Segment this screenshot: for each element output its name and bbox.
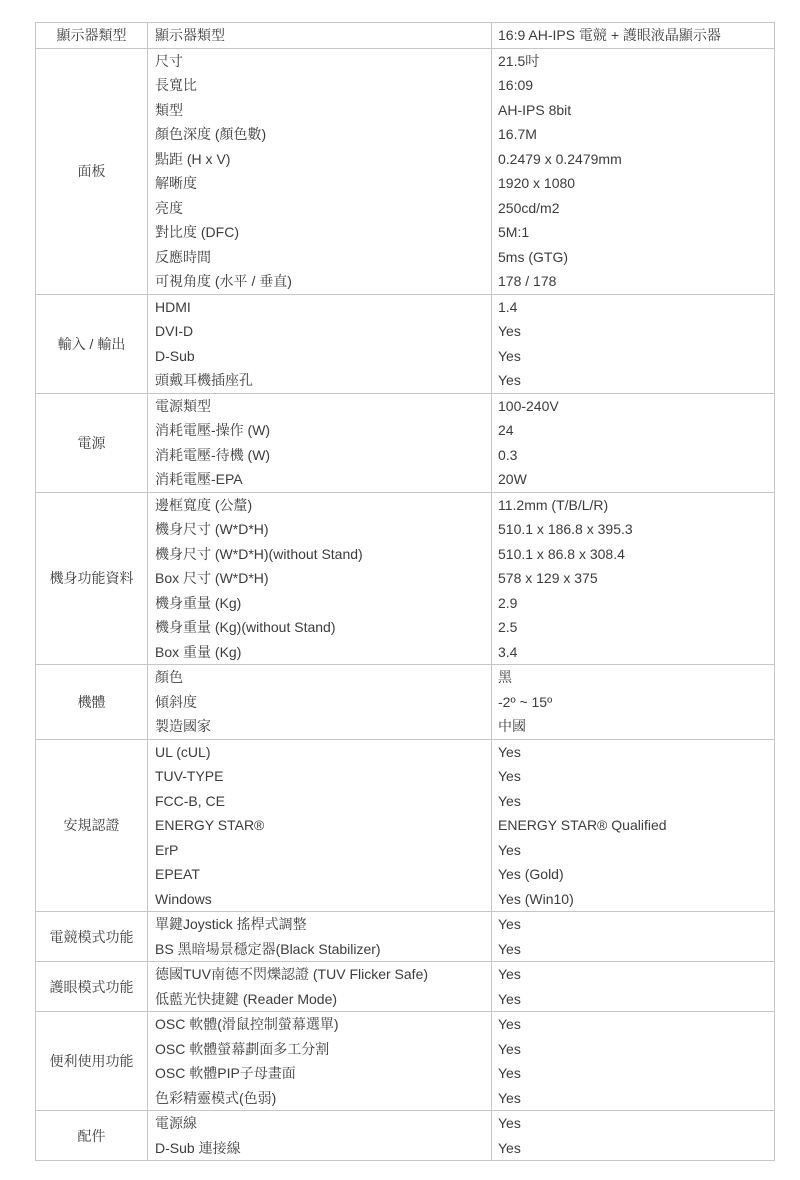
table-row: UL (cUL)Yes — [148, 740, 774, 765]
spec-section: 護眼模式功能德國TUV南德不閃爍認證 (TUV Flicker Safe)Yes… — [36, 962, 774, 1012]
spec-name: Box 重量 (Kg) — [148, 640, 492, 665]
section-rows: 尺寸21.5吋長寬比16:09類型AH-IPS 8bit顏色深度 (顏色數)16… — [148, 49, 774, 294]
spec-name: Box 尺寸 (W*D*H) — [148, 566, 492, 591]
spec-value: 510.1 x 186.8 x 395.3 — [492, 517, 774, 542]
spec-section: 配件電源線YesD-Sub 連接線Yes — [36, 1111, 774, 1160]
spec-name: 顏色深度 (顏色數) — [148, 122, 492, 147]
table-row: 顯示器類型16:9 AH-IPS 電競 + 護眼液晶顯示器 — [148, 23, 774, 48]
spec-value: Yes — [492, 368, 774, 393]
table-row: 對比度 (DFC)5M:1 — [148, 220, 774, 245]
table-row: 機身重量 (Kg)2.9 — [148, 591, 774, 616]
table-row: 機身重量 (Kg)(without Stand)2.5 — [148, 615, 774, 640]
category-cell: 機身功能資料 — [36, 493, 148, 665]
table-row: 機身尺寸 (W*D*H)(without Stand)510.1 x 86.8 … — [148, 542, 774, 567]
page: 顯示器類型顯示器類型16:9 AH-IPS 電競 + 護眼液晶顯示器面板尺寸21… — [0, 0, 800, 1180]
spec-name: OSC 軟體PIP子母畫面 — [148, 1061, 492, 1086]
spec-name: 解晰度 — [148, 171, 492, 196]
spec-value: 250cd/m2 — [492, 196, 774, 221]
spec-name: D-Sub — [148, 344, 492, 369]
spec-name: 顏色 — [148, 665, 492, 690]
spec-value: 16:9 AH-IPS 電競 + 護眼液晶顯示器 — [492, 23, 774, 48]
spec-section: 安規認證UL (cUL)YesTUV-TYPEYesFCC-B, CEYesEN… — [36, 740, 774, 913]
spec-name: 消耗電壓-待機 (W) — [148, 443, 492, 468]
spec-name: D-Sub 連接線 — [148, 1136, 492, 1161]
table-row: 消耗電壓-操作 (W)24 — [148, 418, 774, 443]
table-row: 反應時間5ms (GTG) — [148, 245, 774, 270]
category-cell: 機體 — [36, 665, 148, 739]
spec-value: Yes — [492, 962, 774, 987]
spec-name: TUV-TYPE — [148, 764, 492, 789]
spec-value: 2.9 — [492, 591, 774, 616]
spec-name: 單鍵Joystick 搖桿式調整 — [148, 912, 492, 937]
spec-section: 面板尺寸21.5吋長寬比16:09類型AH-IPS 8bit顏色深度 (顏色數)… — [36, 49, 774, 295]
spec-name: 反應時間 — [148, 245, 492, 270]
spec-name: 可視角度 (水平 / 垂直) — [148, 269, 492, 294]
table-row: D-Sub 連接線Yes — [148, 1136, 774, 1161]
spec-name: 機身尺寸 (W*D*H)(without Stand) — [148, 542, 492, 567]
spec-name: 顯示器類型 — [148, 23, 492, 48]
spec-value: 黑 — [492, 665, 774, 690]
spec-name: Windows — [148, 887, 492, 912]
spec-name: UL (cUL) — [148, 740, 492, 765]
category-cell: 顯示器類型 — [36, 23, 148, 48]
spec-value: Yes — [492, 1037, 774, 1062]
spec-value: Yes — [492, 912, 774, 937]
spec-value: 24 — [492, 418, 774, 443]
spec-section: 電競模式功能單鍵Joystick 搖桿式調整YesBS 黑暗場景穩定器(Blac… — [36, 912, 774, 962]
table-row: 類型AH-IPS 8bit — [148, 98, 774, 123]
category-cell: 護眼模式功能 — [36, 962, 148, 1011]
table-row: OSC 軟體(滑鼠控制螢幕選單)Yes — [148, 1012, 774, 1037]
spec-value: 578 x 129 x 375 — [492, 566, 774, 591]
spec-value: Yes (Gold) — [492, 862, 774, 887]
spec-value: Yes — [492, 987, 774, 1012]
spec-value: Yes — [492, 789, 774, 814]
spec-value: 3.4 — [492, 640, 774, 665]
spec-value: 5ms (GTG) — [492, 245, 774, 270]
table-row: 解晰度1920 x 1080 — [148, 171, 774, 196]
spec-value: 2.5 — [492, 615, 774, 640]
category-cell: 面板 — [36, 49, 148, 294]
category-cell: 電競模式功能 — [36, 912, 148, 961]
spec-value: AH-IPS 8bit — [492, 98, 774, 123]
spec-name: HDMI — [148, 295, 492, 320]
spec-name: 傾斜度 — [148, 690, 492, 715]
section-rows: HDMI1.4DVI-DYesD-SubYes頭戴耳機插座孔Yes — [148, 295, 774, 393]
spec-value: Yes — [492, 1136, 774, 1161]
table-row: 尺寸21.5吋 — [148, 49, 774, 74]
spec-value: Yes — [492, 1061, 774, 1086]
spec-value: 中國 — [492, 714, 774, 739]
spec-name: 機身尺寸 (W*D*H) — [148, 517, 492, 542]
spec-name: 尺寸 — [148, 49, 492, 74]
table-row: 顏色深度 (顏色數)16.7M — [148, 122, 774, 147]
section-rows: UL (cUL)YesTUV-TYPEYesFCC-B, CEYesENERGY… — [148, 740, 774, 912]
spec-name: 低藍光快捷鍵 (Reader Mode) — [148, 987, 492, 1012]
spec-name: 對比度 (DFC) — [148, 220, 492, 245]
table-row: 電源線Yes — [148, 1111, 774, 1136]
spec-value: Yes — [492, 764, 774, 789]
table-row: 傾斜度-2º ~ 15º — [148, 690, 774, 715]
spec-value: 5M:1 — [492, 220, 774, 245]
spec-name: 機身重量 (Kg)(without Stand) — [148, 615, 492, 640]
table-row: D-SubYes — [148, 344, 774, 369]
spec-name: 電源線 — [148, 1111, 492, 1136]
table-row: 德國TUV南德不閃爍認證 (TUV Flicker Safe)Yes — [148, 962, 774, 987]
spec-name: EPEAT — [148, 862, 492, 887]
spec-value: 0.3 — [492, 443, 774, 468]
spec-name: OSC 軟體螢幕劃面多工分割 — [148, 1037, 492, 1062]
table-row: WindowsYes (Win10) — [148, 887, 774, 912]
spec-value: Yes — [492, 319, 774, 344]
spec-name: 邊框寬度 (公釐) — [148, 493, 492, 518]
spec-value: Yes — [492, 1012, 774, 1037]
spec-section: 機體顏色黑傾斜度-2º ~ 15º製造國家中國 — [36, 665, 774, 740]
spec-name: ErP — [148, 838, 492, 863]
section-rows: 單鍵Joystick 搖桿式調整YesBS 黑暗場景穩定器(Black Stab… — [148, 912, 774, 961]
section-rows: OSC 軟體(滑鼠控制螢幕選單)YesOSC 軟體螢幕劃面多工分割YesOSC … — [148, 1012, 774, 1110]
category-cell: 配件 — [36, 1111, 148, 1160]
spec-name: 類型 — [148, 98, 492, 123]
spec-value: Yes — [492, 1111, 774, 1136]
spec-name: 消耗電壓-EPA — [148, 467, 492, 492]
spec-name: OSC 軟體(滑鼠控制螢幕選單) — [148, 1012, 492, 1037]
section-rows: 邊框寬度 (公釐)11.2mm (T/B/L/R)機身尺寸 (W*D*H)510… — [148, 493, 774, 665]
spec-value: 21.5吋 — [492, 49, 774, 74]
spec-value: 16.7M — [492, 122, 774, 147]
spec-section: 便利使用功能OSC 軟體(滑鼠控制螢幕選單)YesOSC 軟體螢幕劃面多工分割Y… — [36, 1012, 774, 1111]
spec-value: Yes — [492, 1086, 774, 1111]
table-row: OSC 軟體螢幕劃面多工分割Yes — [148, 1037, 774, 1062]
spec-value: 16:09 — [492, 73, 774, 98]
spec-value: Yes — [492, 838, 774, 863]
spec-name: 機身重量 (Kg) — [148, 591, 492, 616]
section-rows: 電源類型100-240V消耗電壓-操作 (W)24消耗電壓-待機 (W)0.3消… — [148, 394, 774, 492]
spec-value: ENERGY STAR® Qualified — [492, 813, 774, 838]
spec-name: 色彩精靈模式(色弱) — [148, 1086, 492, 1111]
spec-value: Yes — [492, 740, 774, 765]
table-row: 顏色黑 — [148, 665, 774, 690]
spec-name: FCC-B, CE — [148, 789, 492, 814]
table-row: 機身尺寸 (W*D*H)510.1 x 186.8 x 395.3 — [148, 517, 774, 542]
spec-value: 0.2479 x 0.2479mm — [492, 147, 774, 172]
spec-table: 顯示器類型顯示器類型16:9 AH-IPS 電競 + 護眼液晶顯示器面板尺寸21… — [35, 22, 775, 1161]
table-row: Box 重量 (Kg)3.4 — [148, 640, 774, 665]
spec-name: 消耗電壓-操作 (W) — [148, 418, 492, 443]
spec-value: 1920 x 1080 — [492, 171, 774, 196]
spec-value: 510.1 x 86.8 x 308.4 — [492, 542, 774, 567]
table-row: DVI-DYes — [148, 319, 774, 344]
section-rows: 顯示器類型16:9 AH-IPS 電競 + 護眼液晶顯示器 — [148, 23, 774, 48]
table-row: OSC 軟體PIP子母畫面Yes — [148, 1061, 774, 1086]
section-rows: 顏色黑傾斜度-2º ~ 15º製造國家中國 — [148, 665, 774, 739]
spec-value: -2º ~ 15º — [492, 690, 774, 715]
spec-value: Yes — [492, 344, 774, 369]
spec-name: 頭戴耳機插座孔 — [148, 368, 492, 393]
table-row: TUV-TYPEYes — [148, 764, 774, 789]
spec-name: 亮度 — [148, 196, 492, 221]
spec-value: 178 / 178 — [492, 269, 774, 294]
table-row: EPEATYes (Gold) — [148, 862, 774, 887]
table-row: BS 黑暗場景穩定器(Black Stabilizer)Yes — [148, 937, 774, 962]
table-row: Box 尺寸 (W*D*H)578 x 129 x 375 — [148, 566, 774, 591]
table-row: 長寬比16:09 — [148, 73, 774, 98]
spec-name: 電源類型 — [148, 394, 492, 419]
category-cell: 便利使用功能 — [36, 1012, 148, 1110]
table-row: 消耗電壓-EPA20W — [148, 467, 774, 492]
category-cell: 安規認證 — [36, 740, 148, 912]
spec-value: 20W — [492, 467, 774, 492]
spec-value: Yes — [492, 937, 774, 962]
table-row: 單鍵Joystick 搖桿式調整Yes — [148, 912, 774, 937]
table-row: 頭戴耳機插座孔Yes — [148, 368, 774, 393]
category-cell: 輸入 / 輸出 — [36, 295, 148, 393]
table-row: HDMI1.4 — [148, 295, 774, 320]
spec-section: 顯示器類型顯示器類型16:9 AH-IPS 電競 + 護眼液晶顯示器 — [36, 23, 774, 49]
spec-value: 1.4 — [492, 295, 774, 320]
spec-name: 德國TUV南德不閃爍認證 (TUV Flicker Safe) — [148, 962, 492, 987]
table-row: 製造國家中國 — [148, 714, 774, 739]
table-row: 電源類型100-240V — [148, 394, 774, 419]
spec-name: 點距 (H x V) — [148, 147, 492, 172]
section-rows: 電源線YesD-Sub 連接線Yes — [148, 1111, 774, 1160]
category-cell: 電源 — [36, 394, 148, 492]
spec-section: 電源電源類型100-240V消耗電壓-操作 (W)24消耗電壓-待機 (W)0.… — [36, 394, 774, 493]
spec-name: BS 黑暗場景穩定器(Black Stabilizer) — [148, 937, 492, 962]
table-row: ErPYes — [148, 838, 774, 863]
table-row: 點距 (H x V)0.2479 x 0.2479mm — [148, 147, 774, 172]
spec-name: 製造國家 — [148, 714, 492, 739]
spec-name: 長寬比 — [148, 73, 492, 98]
spec-section: 輸入 / 輸出HDMI1.4DVI-DYesD-SubYes頭戴耳機插座孔Yes — [36, 295, 774, 394]
spec-value: 100-240V — [492, 394, 774, 419]
table-row: ENERGY STAR®ENERGY STAR® Qualified — [148, 813, 774, 838]
table-row: 亮度250cd/m2 — [148, 196, 774, 221]
table-row: FCC-B, CEYes — [148, 789, 774, 814]
spec-value: 11.2mm (T/B/L/R) — [492, 493, 774, 518]
table-row: 可視角度 (水平 / 垂直)178 / 178 — [148, 269, 774, 294]
spec-name: DVI-D — [148, 319, 492, 344]
table-row: 邊框寬度 (公釐)11.2mm (T/B/L/R) — [148, 493, 774, 518]
table-row: 低藍光快捷鍵 (Reader Mode)Yes — [148, 987, 774, 1012]
table-row: 消耗電壓-待機 (W)0.3 — [148, 443, 774, 468]
section-rows: 德國TUV南德不閃爍認證 (TUV Flicker Safe)Yes低藍光快捷鍵… — [148, 962, 774, 1011]
spec-name: ENERGY STAR® — [148, 813, 492, 838]
spec-section: 機身功能資料邊框寬度 (公釐)11.2mm (T/B/L/R)機身尺寸 (W*D… — [36, 493, 774, 666]
table-row: 色彩精靈模式(色弱)Yes — [148, 1086, 774, 1111]
spec-value: Yes (Win10) — [492, 887, 774, 912]
